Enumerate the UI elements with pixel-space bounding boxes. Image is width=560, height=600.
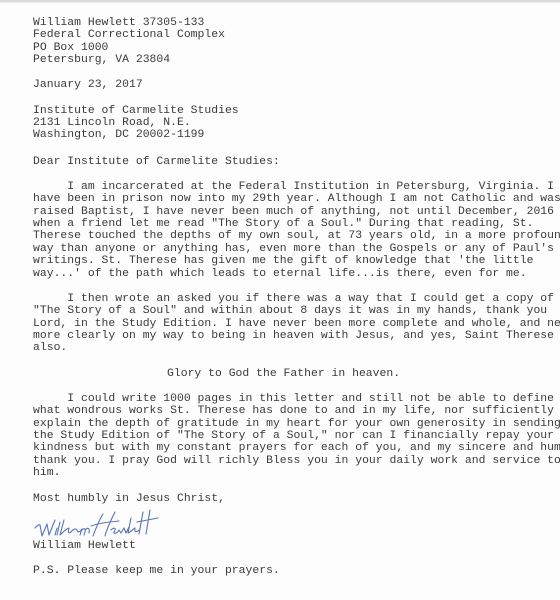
handwritten-signature — [33, 508, 548, 540]
text-line: what wondrous works St. Therese has done… — [33, 405, 548, 417]
recipient-line: Washington, DC 20002-1199 — [33, 129, 548, 141]
text-line: I then wrote an asked you if there was a… — [33, 293, 548, 305]
text-line: the Study Edition of "The Story of a Sou… — [33, 430, 548, 442]
text-line: raised Baptist, I have never been much o… — [33, 206, 548, 218]
sender-line: Petersburg, VA 23804 — [33, 54, 548, 66]
sender-line: PO Box 1000 — [33, 42, 548, 54]
recipient-line: 2131 Lincoln Road, N.E. — [33, 117, 548, 129]
centered-doxology: Glory to God the Father in heaven. — [33, 368, 548, 380]
text-line: thank you. I pray God will richly Bless … — [33, 455, 548, 467]
letter-page: William Hewlett 37305-133 Federal Correc… — [33, 17, 548, 577]
text-line: kindness but with my constant prayers fo… — [33, 442, 548, 454]
text-line: way than anyone or anything has, even mo… — [33, 243, 548, 255]
text-line: explain the depth of gratitude in my hea… — [33, 418, 548, 430]
text-line: more clearly on my way to being in heave… — [33, 330, 548, 342]
sender-line: Federal Correctional Complex — [33, 29, 548, 41]
signature-icon — [33, 508, 193, 542]
text-line: Therese touched the depths of my own sou… — [33, 230, 548, 242]
text-line: him. — [33, 467, 548, 479]
sender-line: William Hewlett 37305-133 — [33, 17, 548, 29]
text-line: have been in prison now into my 29th yea… — [33, 193, 548, 205]
body-paragraph-1: I am incarcerated at the Federal Institu… — [33, 181, 548, 280]
text-line: writings. St. Therese has given me the g… — [33, 255, 548, 267]
closing: Most humbly in Jesus Christ, — [33, 493, 548, 505]
recipient-line: Institute of Carmelite Studies — [33, 105, 548, 117]
page-top-edge — [0, 0, 560, 3]
body-paragraph-3: I could write 1000 pages in this letter … — [33, 393, 548, 479]
text-line: also. — [33, 342, 548, 354]
text-line: when a friend let me read "The Story of … — [33, 218, 548, 230]
salutation: Dear Institute of Carmelite Studies: — [33, 156, 548, 168]
text-line: "The Story of a Soul" and within about 8… — [33, 305, 548, 317]
text-line: way...' of the path which leads to etern… — [33, 268, 548, 280]
recipient-address: Institute of Carmelite Studies 2131 Linc… — [33, 105, 548, 142]
sender-address: William Hewlett 37305-133 Federal Correc… — [33, 17, 548, 66]
postscript: P.S. Please keep me in your prayers. — [33, 565, 548, 577]
text-line: I am incarcerated at the Federal Institu… — [33, 181, 548, 193]
text-line: Lord, in the Study Edition. I have never… — [33, 318, 548, 330]
body-paragraph-2: I then wrote an asked you if there was a… — [33, 293, 548, 355]
text-line: I could write 1000 pages in this letter … — [33, 393, 548, 405]
letter-date: January 23, 2017 — [33, 79, 548, 91]
